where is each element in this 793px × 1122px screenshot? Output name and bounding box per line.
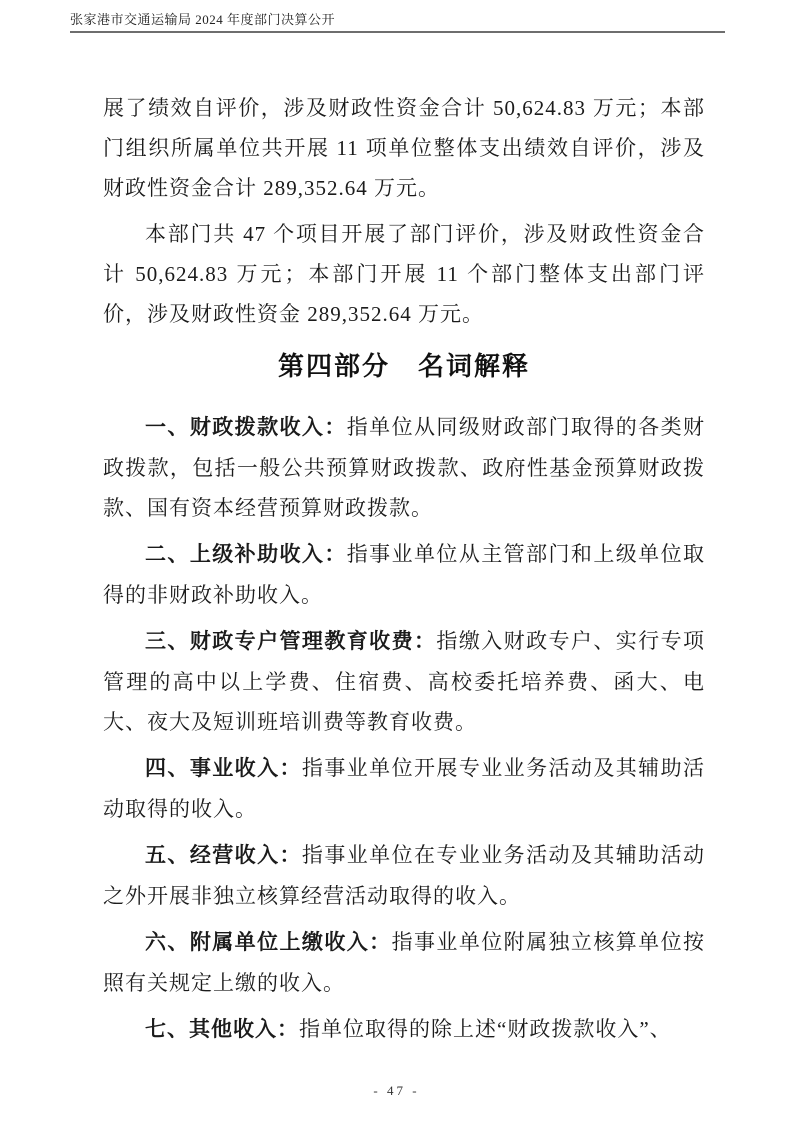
glossary-item: 四、事业收入：指事业单位开展专业业务活动及其辅助活动取得的收入。	[103, 748, 705, 829]
document-page: 张家港市交通运输局 2024 年度部门决算公开 展了绩效自评价，涉及财政性资金合…	[0, 0, 793, 1122]
glossary-definition-7: 指单位取得的除上述“财政拨款收入”、	[299, 1017, 672, 1041]
glossary-item: 二、上级补助收入：指事业单位从主管部门和上级单位取得的非财政补助收入。	[103, 534, 705, 615]
paragraph-performance-self-evaluation: 展了绩效自评价，涉及财政性资金合计 50,624.83 万元；本部门组织所属单位…	[103, 88, 705, 208]
glossary-term-7: 七、其他收入：	[145, 1018, 299, 1041]
page-header: 张家港市交通运输局 2024 年度部门决算公开	[70, 9, 725, 33]
paragraph-department-evaluation: 本部门共 47 个项目开展了部门评价，涉及财政性资金合计 50,624.83 万…	[103, 214, 705, 334]
glossary-term-6: 六、附属单位上缴收入：	[145, 931, 392, 954]
glossary-term-2: 二、上级补助收入：	[145, 543, 347, 566]
glossary-term-3: 三、财政专户管理教育收费：	[145, 630, 436, 653]
glossary-term-5: 五、经营收入：	[145, 844, 302, 867]
page-footer: - 47 -	[0, 1082, 793, 1100]
header-title: 张家港市交通运输局 2024 年度部门决算公开	[70, 9, 725, 28]
glossary-term-1: 一、财政拨款收入：	[145, 416, 347, 439]
glossary-item: 六、附属单位上缴收入：指事业单位附属独立核算单位按照有关规定上缴的收入。	[103, 922, 705, 1003]
glossary-item: 五、经营收入：指事业单位在专业业务活动及其辅助活动之外开展非独立核算经营活动取得…	[103, 835, 705, 916]
document-body: 展了绩效自评价，涉及财政性资金合计 50,624.83 万元；本部门组织所属单位…	[103, 88, 705, 1056]
glossary-item: 一、财政拨款收入：指单位从同级财政部门取得的各类财政拨款，包括一般公共预算财政拨…	[103, 407, 705, 528]
glossary-item: 三、财政专户管理教育收费：指缴入财政专户、实行专项管理的高中以上学费、住宿费、高…	[103, 621, 705, 742]
glossary-term-4: 四、事业收入：	[145, 757, 302, 780]
page-number: - 47 -	[373, 1083, 419, 1098]
section-heading: 第四部分 名词解释	[103, 349, 705, 383]
glossary-item: 七、其他收入：指单位取得的除上述“财政拨款收入”、	[103, 1009, 705, 1050]
